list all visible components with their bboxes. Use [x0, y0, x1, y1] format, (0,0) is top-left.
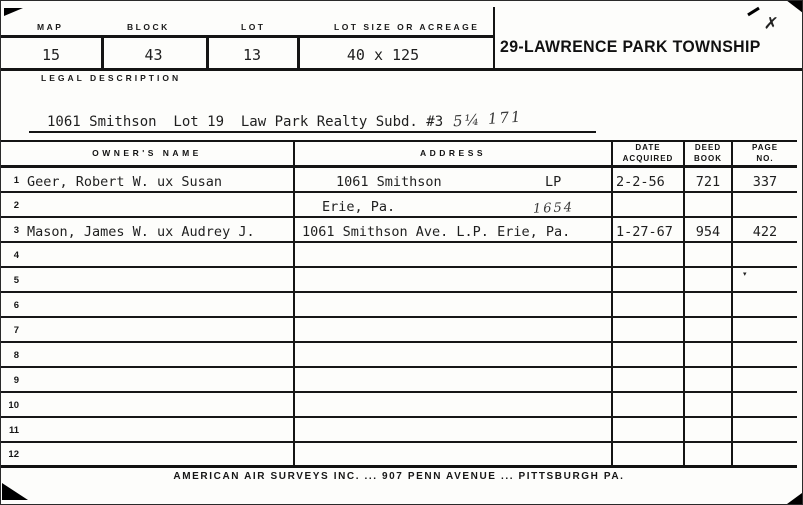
row-number: 4 [1, 250, 19, 266]
legal-description-entry: 1061 Smithson Lot 19 Law Park Realty Sub… [47, 115, 443, 129]
map-value: 15 [1, 48, 101, 63]
map-label: MAP [37, 22, 63, 32]
row-number: 5 [1, 275, 19, 291]
owner-name-cell: 4 [1, 243, 295, 266]
owner-name-header: OWNER'S NAME [1, 142, 295, 165]
row-number: 8 [1, 350, 19, 366]
page-no-text: 422 [753, 226, 777, 240]
deed-book-header: DEED BOOK [685, 142, 733, 165]
header-title-divider [493, 7, 495, 69]
address-cell [295, 293, 613, 316]
page-no-cell [733, 343, 797, 366]
deed-book-cell [685, 293, 733, 316]
scan-artifact-top-right [786, 0, 803, 13]
legal-description-rule [29, 131, 596, 133]
page-header-line2: NO. [756, 154, 773, 165]
date-acquired-cell [613, 343, 685, 366]
field-divider [101, 38, 104, 68]
address-cell [295, 393, 613, 416]
date-acquired-cell [613, 443, 685, 465]
address-header: ADDRESS [295, 142, 613, 165]
deed-book-cell [685, 418, 733, 441]
date-acquired-cell [613, 243, 685, 266]
page-no-header: PAGE NO. [733, 142, 797, 165]
field-divider [297, 38, 300, 68]
table-row: 4 [1, 243, 797, 268]
date-acquired-cell [613, 318, 685, 341]
address-cell [295, 268, 613, 291]
deed-book-cell [685, 368, 733, 391]
page-no-cell [733, 293, 797, 316]
owner-name-cell: 3 Mason, James W. ux Audrey J. [1, 218, 295, 241]
block-value: 43 [101, 48, 206, 63]
owner-name-cell: 1 Geer, Robert W. ux Susan [1, 168, 295, 191]
lot-value: 13 [206, 48, 298, 63]
footer-imprint: AMERICAN AIR SURVEYS INC. ... 907 PENN A… [1, 471, 797, 482]
lot-label: LOT [241, 22, 266, 32]
row-number: 3 [1, 225, 19, 241]
lot-size-label: LOT SIZE OR ACREAGE [334, 22, 479, 32]
date-acquired-cell [613, 268, 685, 291]
row-number: 2 [1, 200, 19, 216]
owner-name-cell: 2 [1, 193, 295, 216]
table-row: 7 [1, 318, 797, 343]
table-row: 9 [1, 368, 797, 393]
date-acquired-cell [613, 293, 685, 316]
scan-artifact-bottom-right [787, 493, 802, 504]
owner-name-cell: 5 [1, 268, 295, 291]
page-no-cell [733, 368, 797, 391]
address-cell [295, 368, 613, 391]
date-acquired-header: DATE ACQUIRED [613, 142, 685, 165]
row-number: 7 [1, 325, 19, 341]
deed-book-cell: 954 [685, 218, 733, 241]
row-number: 10 [1, 400, 19, 416]
date-header-line2: ACQUIRED [623, 154, 674, 165]
row-number: 9 [1, 375, 19, 391]
page-no-cell [733, 443, 797, 465]
owner-name: Mason, James W. ux Audrey J. [27, 226, 255, 242]
date-acquired-cell: 2-2-56 [613, 168, 685, 191]
block-label: BLOCK [127, 22, 170, 32]
address-cell: 1061 Smithson LP [295, 168, 613, 191]
deed-book-cell [685, 193, 733, 216]
address-cell [295, 418, 613, 441]
owner-name-cell: 7 [1, 318, 295, 341]
address-handwritten-note: 1654 [533, 200, 575, 216]
page-pencil-mark: ▾ [743, 270, 747, 278]
page-no-cell [733, 243, 797, 266]
row-number: 12 [1, 449, 19, 465]
owner-name: Geer, Robert W. ux Susan [27, 176, 222, 192]
owners-table: OWNER'S NAME ADDRESS DATE ACQUIRED DEED … [1, 140, 797, 468]
owner-name-cell: 9 [1, 368, 295, 391]
deed-book-cell [685, 268, 733, 291]
row-number: 6 [1, 300, 19, 316]
deed-header-line2: BOOK [694, 154, 722, 165]
date-acquired-cell [613, 368, 685, 391]
header-bottom-rule [1, 68, 803, 71]
scan-artifact-top-right-dash [747, 7, 760, 16]
field-divider [206, 38, 209, 68]
table-row: 2 Erie, Pa. 1654 [1, 193, 797, 218]
handwritten-x-mark: ✗ [763, 13, 779, 34]
date-acquired-cell: 1-27-67 [613, 218, 685, 241]
address-note: LP [545, 176, 561, 190]
deed-book-cell [685, 393, 733, 416]
scan-artifact-bottom-left [2, 483, 28, 500]
address-cell: 1061 Smithson Ave. L.P. Erie, Pa. [295, 218, 613, 241]
table-row: 3 Mason, James W. ux Audrey J. 1061 Smit… [1, 218, 797, 243]
address-text: 1061 Smithson Ave. L.P. Erie, Pa. [302, 226, 570, 242]
table-row: 12 [1, 443, 797, 468]
property-record-card: MAP BLOCK LOT LOT SIZE OR ACREAGE 15 43 … [0, 0, 803, 505]
legal-description-handwritten-note: 5¼ 171 [452, 108, 523, 131]
row-number: 11 [1, 425, 19, 441]
table-row: 10 [1, 393, 797, 418]
lot-size-value: 40 x 125 [298, 48, 468, 63]
page-header-line1: PAGE [752, 143, 778, 154]
date-acquired-cell [613, 393, 685, 416]
address-cell: Erie, Pa. 1654 [295, 193, 613, 216]
address-cell [295, 443, 613, 465]
date-acquired-cell [613, 193, 685, 216]
owners-table-rows: 1 Geer, Robert W. ux Susan 1061 Smithson… [1, 168, 797, 468]
table-row: 8 [1, 343, 797, 368]
address-text: Erie, Pa. [322, 201, 395, 217]
header-label-rule [1, 35, 495, 38]
owner-name-cell: 11 [1, 418, 295, 441]
owner-name-cell: 10 [1, 393, 295, 416]
page-no-cell: 337 [733, 168, 797, 191]
owner-name-cell: 8 [1, 343, 295, 366]
address-cell [295, 343, 613, 366]
deed-book-cell [685, 343, 733, 366]
page-no-cell: ▾ [733, 268, 797, 291]
date-acquired-cell [613, 418, 685, 441]
page-no-cell: 422 [733, 218, 797, 241]
page-no-cell [733, 193, 797, 216]
deed-header-line1: DEED [695, 143, 721, 154]
owners-table-header: OWNER'S NAME ADDRESS DATE ACQUIRED DEED … [1, 140, 797, 168]
page-no-cell [733, 318, 797, 341]
table-row: 5 ▾ [1, 268, 797, 293]
owner-name-cell: 12 [1, 443, 295, 465]
township-title: 29-LAWRENCE PARK TOWNSHIP [500, 38, 761, 57]
table-row: 1 Geer, Robert W. ux Susan 1061 Smithson… [1, 168, 797, 193]
legal-description-label: LEGAL DESCRIPTION [41, 73, 181, 83]
scan-artifact-top-left [4, 8, 23, 16]
table-row: 11 [1, 418, 797, 443]
deed-book-cell [685, 243, 733, 266]
row-number: 1 [1, 175, 19, 191]
page-no-cell [733, 393, 797, 416]
page-no-cell [733, 418, 797, 441]
page-no-text: 337 [753, 176, 777, 190]
date-header-line1: DATE [635, 143, 660, 154]
owner-name-cell: 6 [1, 293, 295, 316]
deed-book-cell: 721 [685, 168, 733, 191]
table-row: 6 [1, 293, 797, 318]
deed-book-cell [685, 443, 733, 465]
address-cell [295, 243, 613, 266]
address-cell [295, 318, 613, 341]
address-text: 1061 Smithson [336, 176, 442, 192]
deed-book-cell [685, 318, 733, 341]
